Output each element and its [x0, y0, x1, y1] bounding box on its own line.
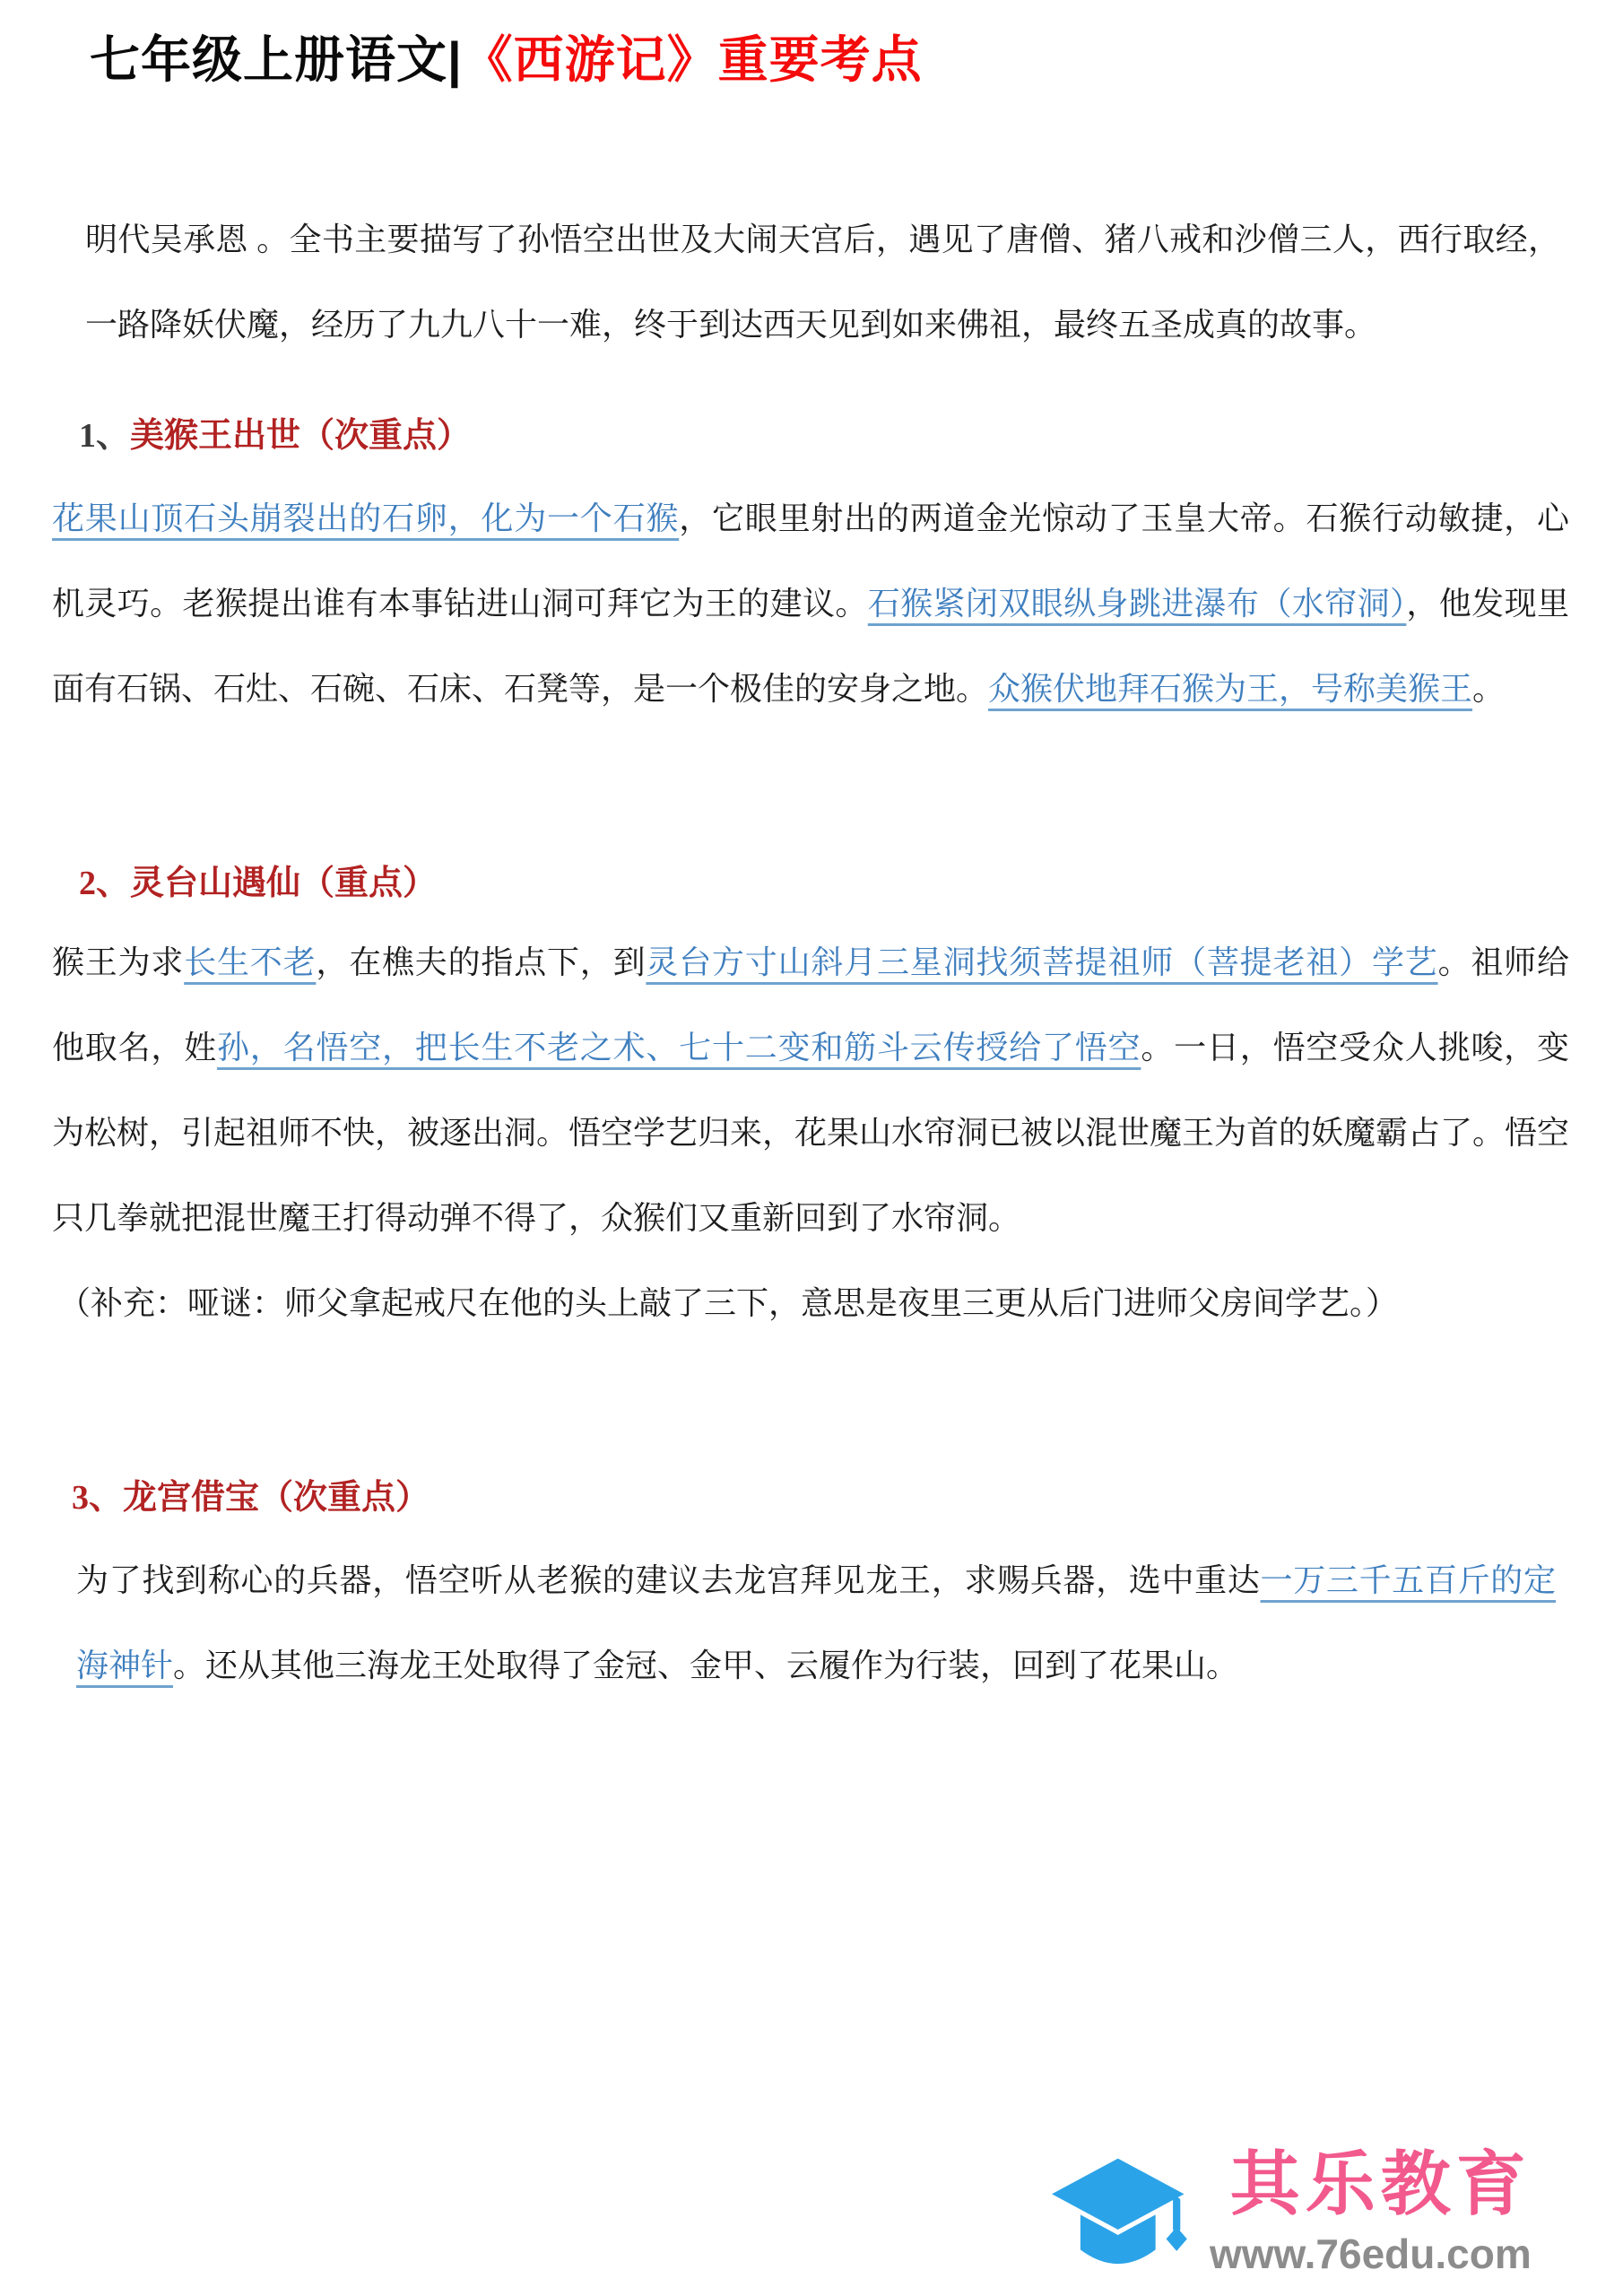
text-run: （补充：哑谜：师父拿起戒尺在他的头上敲了三下，意思是夜里三更从后门进师父房间学艺… [58, 1285, 1398, 1321]
text-run: 猴王为求 [52, 944, 184, 980]
section-1-heading: 1、美猴王出世（次重点） [79, 408, 1623, 464]
section-3-heading: 3、龙宫借宝（次重点） [72, 1470, 1623, 1526]
intro-paragraph: 明代吴承恩 。全书主要描写了孙悟空出世及大闹天宫后，遇见了唐僧、猪八戒和沙僧三人… [85, 197, 1560, 368]
section-2: 2、灵台山遇仙（重点） 猴王为求长生不老，在樵夫的指点下，到灵台方寸山斜月三星洞… [0, 856, 1623, 1346]
section-2-note-paragraph: （补充：哑谜：师父拿起戒尺在他的头上敲了三下，意思是夜里三更从后门进师父房间学艺… [58, 1261, 1569, 1346]
page-title: 七年级上册语文|《西游记》重要考点 [0, 0, 1623, 97]
page-title-red: 《西游记》重要考点 [463, 31, 923, 88]
section-3-paragraph: 为了找到称心的兵器，悟空听从老猴的建议去龙宫拜见龙王，求赐兵器，选中重达一万三千… [76, 1538, 1556, 1709]
brand-website: www.76edu.com [1210, 2229, 1532, 2279]
doc-link[interactable]: 众猴伏地拜石猴为王，号称美猴王 [988, 671, 1472, 707]
brand-text: 其乐教育 www.76edu.com [1210, 2139, 1532, 2279]
doc-link[interactable]: 石猴紧闭双眼纵身跳进瀑布（水帘洞） [868, 586, 1407, 622]
section-3-title: 龙宫借宝（次重点） [123, 1479, 430, 1517]
text-run: 为了找到称心的兵器，悟空听从老猴的建议去龙宫拜见龙王，求赐兵器，选中重达 [76, 1562, 1261, 1598]
section-1: 1、美猴王出世（次重点） 花果山顶石头崩裂出的石卵，化为一个石猴，它眼里射出的两… [0, 408, 1623, 732]
text-run: 明代吴承恩 。全书主要描写了孙悟空出世及大闹天宫后，遇见了唐僧、猪八戒和沙僧三人… [85, 222, 1560, 343]
brand-name: 其乐教育 [1230, 2139, 1532, 2229]
doc-link[interactable]: 孙，名悟空，把长生不老之术、七十二变和筋斗云传授给了悟空 [217, 1030, 1141, 1065]
section-2-number: 2、 [79, 865, 130, 902]
doc-link[interactable]: 长生不老 [184, 944, 316, 980]
section-1-title: 美猴王出世（次重点） [130, 417, 471, 455]
section-1-paragraph: 花果山顶石头崩裂出的石卵，化为一个石猴，它眼里射出的两道金光惊动了玉皇大帝。石猴… [52, 476, 1569, 732]
section-1-number: 1、 [79, 417, 130, 455]
section-2-title: 灵台山遇仙（重点） [130, 865, 437, 902]
text-run: 。 [1472, 671, 1505, 707]
section-2-paragraph: 猴王为求长生不老，在樵夫的指点下，到灵台方寸山斜月三星洞找须菩提祖师（菩提老祖）… [52, 920, 1569, 1261]
text-run: 。还从其他三海龙王处取得了金冠、金甲、云履作为行装，回到了花果山。 [173, 1648, 1238, 1683]
section-3: 3、龙宫借宝（次重点） 为了找到称心的兵器，悟空听从老猴的建议去龙宫拜见龙王，求… [0, 1470, 1623, 1709]
text-run: ，在樵夫的指点下，到 [316, 944, 646, 980]
section-3-number: 3、 [72, 1479, 123, 1517]
brand-logo: 其乐教育 www.76edu.com [1043, 2139, 1617, 2296]
doc-link[interactable]: 花果山顶石头崩裂出的石卵，化为一个石猴 [52, 500, 679, 536]
graduation-cap-icon [1043, 2139, 1197, 2296]
doc-link[interactable]: 灵台方寸山斜月三星洞找须菩提祖师（菩提老祖）学艺 [646, 944, 1437, 980]
document-page: 七年级上册语文|《西游记》重要考点 明代吴承恩 。全书主要描写了孙悟空出世及大闹… [0, 0, 1623, 2296]
section-2-heading: 2、灵台山遇仙（重点） [79, 856, 1623, 911]
page-title-black: 七年级上册语文| [90, 31, 463, 88]
